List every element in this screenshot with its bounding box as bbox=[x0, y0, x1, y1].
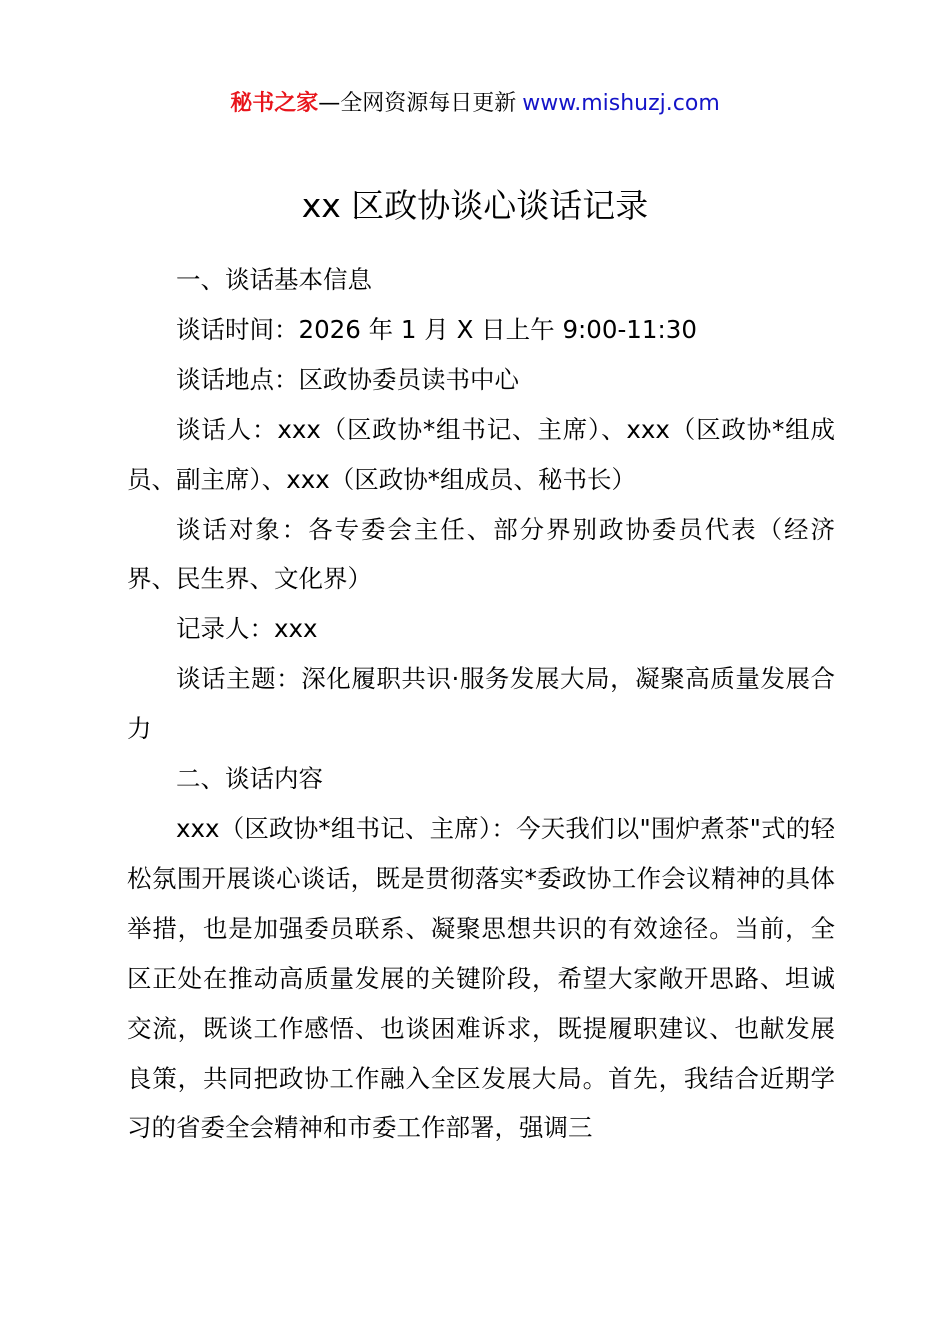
section-heading-content: 二、谈话内容 bbox=[127, 754, 835, 804]
info-location: 谈话地点：区政协委员读书中心 bbox=[127, 355, 835, 405]
banner-brand: 秘书之家 bbox=[230, 91, 318, 116]
body-paragraph: xxx（区政协*组书记、主席）：今天我们以"围炉煮茶"式的轻松氛围开展谈心谈话，… bbox=[127, 804, 835, 1153]
info-time: 谈话时间：2026 年 1 月 X 日上午 9:00-11:30 bbox=[127, 305, 835, 355]
document-title: xx 区政协谈心谈话记录 bbox=[0, 184, 950, 228]
site-banner: 秘书之家—全网资源每日更新www.mishuzj.com bbox=[0, 88, 950, 120]
info-theme: 谈话主题：深化履职共识·服务发展大局，凝聚高质量发展合力 bbox=[127, 654, 835, 754]
info-participants: 谈话对象：各专委会主任、部分界别政协委员代表（经济界、民生界、文化界） bbox=[127, 505, 835, 605]
banner-slogan: —全网资源每日更新 bbox=[318, 91, 516, 116]
section-heading-basic-info: 一、谈话基本信息 bbox=[127, 255, 835, 305]
document-body: 一、谈话基本信息 谈话时间：2026 年 1 月 X 日上午 9:00-11:3… bbox=[127, 255, 835, 1153]
banner-url-link[interactable]: www.mishuzj.com bbox=[522, 91, 719, 116]
info-speakers: 谈话人：xxx（区政协*组书记、主席）、xxx（区政协*组成员、副主席）、xxx… bbox=[127, 405, 835, 505]
info-recorder: 记录人：xxx bbox=[127, 604, 835, 654]
